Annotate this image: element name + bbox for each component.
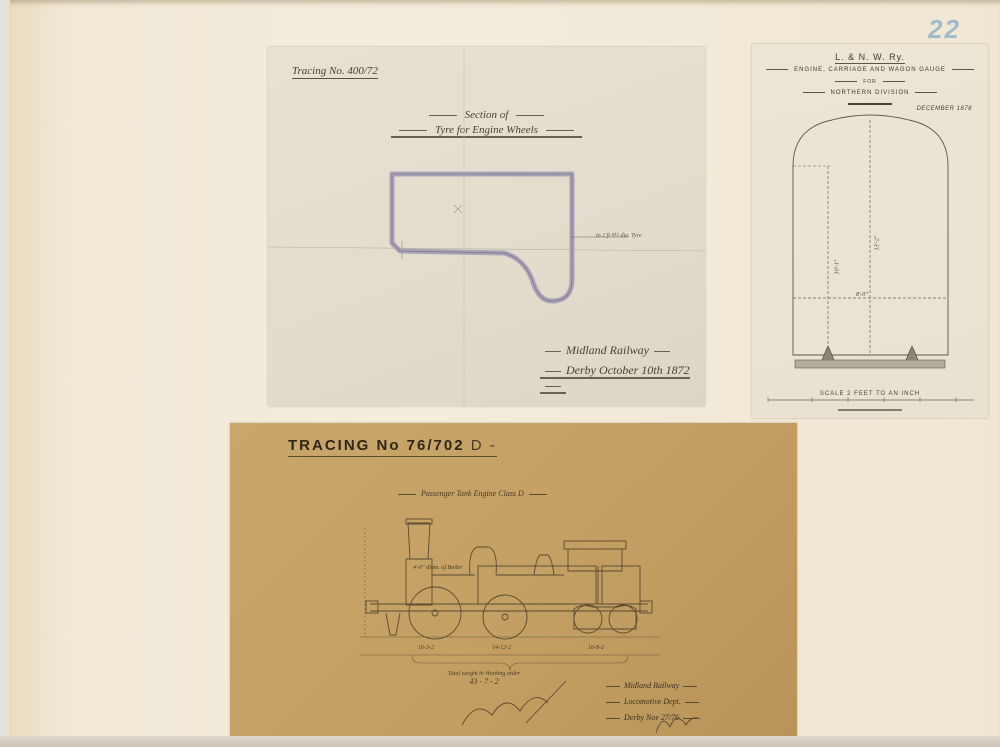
tyre-dimension-note: to 2 ft 9½ dia. Tyre xyxy=(596,233,642,239)
gauge-scale: SCALE 2 FEET TO AN INCH xyxy=(752,391,988,397)
tyre-section-drawing: Tracing No. 400/72 Section of Tyre for E… xyxy=(268,47,705,406)
handwritten-signatures xyxy=(230,423,797,741)
dim-center-height: 13'-2" xyxy=(874,236,880,251)
album-edge-bottom xyxy=(0,736,1000,747)
dim-side-height: 10'-1" xyxy=(834,260,840,275)
signature-railway: Midland Railway xyxy=(540,343,675,357)
tyre-signature-block: Midland Railway Derby October 10th 1872 xyxy=(540,343,705,398)
dim-width: 8'-0" xyxy=(856,292,868,298)
gauge-outline-diagram xyxy=(752,44,988,418)
folio-number: 22 xyxy=(928,14,984,44)
signature-date: Derby October 10th 1872 xyxy=(540,363,690,394)
loading-gauge-drawing: L. & N. W. Ry. ENGINE, CARRIAGE AND WAGO… xyxy=(752,44,988,418)
locomotive-drawing: TRACING No 76/702 D - Passenger Tank Eng… xyxy=(230,423,797,741)
